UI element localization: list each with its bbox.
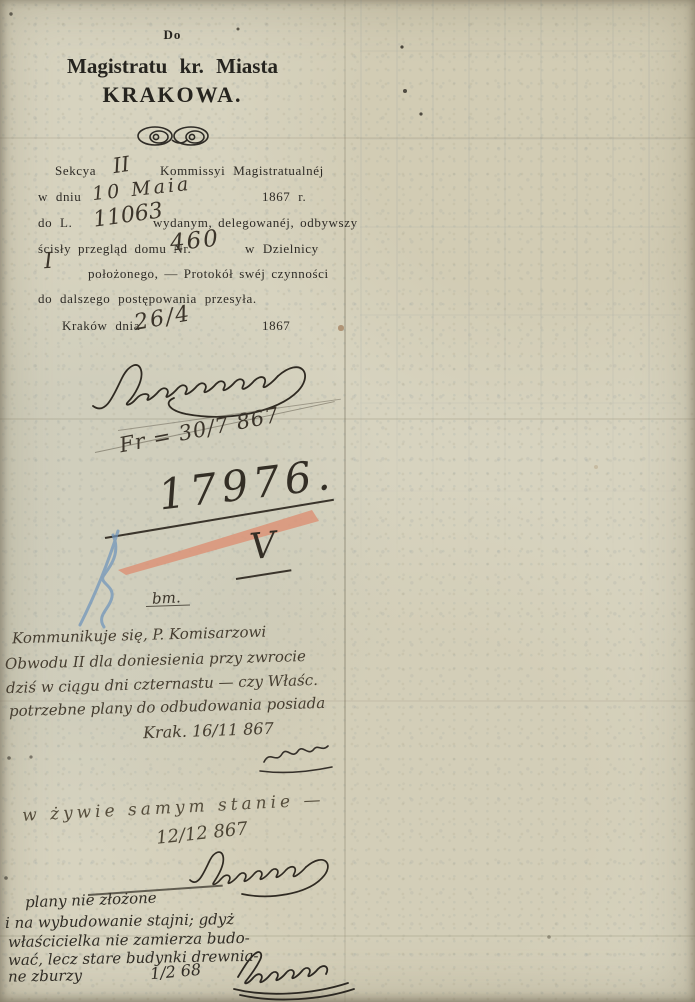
form-line5-printed: położonego, — Protokół swéj czynności (88, 266, 329, 282)
signature-clerk-initials (258, 738, 338, 778)
form-line4-handwritten-housenumber: 460 (169, 225, 221, 256)
form-line6-printed: do dalszego postępowania przesyła. (38, 291, 257, 307)
form-line2-printed-b: 1867 r. (262, 189, 306, 205)
form-line2-printed-a: w dniu (38, 189, 81, 205)
minute1-dateline: Krak. 16/11 867 (143, 719, 274, 743)
minute1-line: Kommunikuje się, P. Komisarzowi (12, 623, 267, 648)
minute3-line: wać, lecz stare budynki drewnia- (8, 947, 259, 969)
horizontal-fold-line (0, 137, 695, 139)
signature-bottom (226, 943, 361, 1001)
minute3-line: i na wybudowanie stajni; gdyż (5, 910, 234, 932)
addressee-city: KRAKOWA. (0, 82, 345, 108)
form-line4-printed-a: ścisły przegląd domu Nr. (38, 241, 191, 257)
minute1-line: dziś w ciągu dni czternastu — czy Właśc. (6, 671, 318, 697)
registry-roman-numeral: V (248, 525, 278, 568)
blue-pencil-scribble (66, 527, 144, 635)
addressee-salutation: Do (0, 27, 345, 43)
form-line1-printed-a: Sekcya (55, 163, 96, 179)
minute2-line: w żywie samym stanie — (22, 790, 325, 826)
form-line1-handwritten-section: II (111, 152, 131, 178)
signature-second (180, 838, 345, 898)
scanned-document-page: Do Magistratu kr. Miasta KRAKOWA. Sekcya… (0, 0, 695, 1002)
minute1-line: Obwodu II dla doniesienia przy zwrocie (5, 647, 306, 673)
minute3-line: plany nie złożone (25, 889, 157, 912)
minute3-line: ne zburzy (8, 966, 82, 985)
minute3-date: 1/2 68 (149, 960, 202, 983)
red-pencil-stroke (116, 508, 328, 578)
dateline-printed-year: 1867 (262, 318, 290, 334)
form-line4-printed-b: w Dzielnicy (245, 241, 319, 257)
form-line3-printed-a: do L. (38, 215, 72, 231)
verso-bleed-through (360, 0, 680, 580)
foxing-and-ink-specks (0, 0, 2, 2)
addressee-line: Magistratu kr. Miasta (0, 54, 345, 79)
double-scroll-ornament-icon (125, 120, 235, 152)
form-line5-handwritten-district: I (43, 249, 53, 275)
dateline-printed: Kraków dnia (62, 318, 140, 334)
minute1-line: potrzebne plany do odbudowania posiada (9, 694, 326, 720)
